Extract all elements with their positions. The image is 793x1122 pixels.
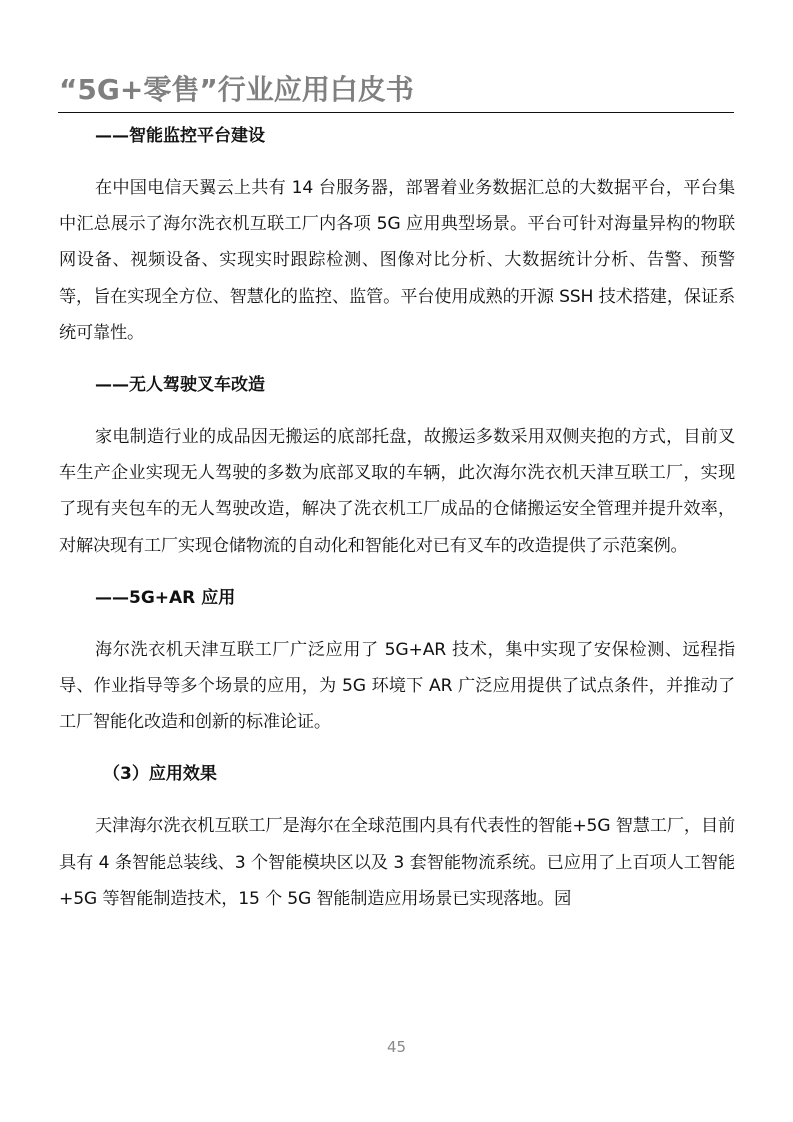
section-heading: ——无人驾驶叉车改造	[59, 367, 735, 403]
section-heading: （3）应用效果	[59, 756, 735, 792]
section-paragraph: 家电制造行业的成品因无搬运的底部托盘，故搬运多数采用双侧夹抱的方式，目前叉车生产…	[59, 419, 735, 564]
section-paragraph: 海尔洗衣机天津互联工厂广泛应用了 5G+AR 技术，集中实现了安保检测、远程指导…	[59, 632, 735, 741]
page-body: ——智能监控平台建设 在中国电信天翼云上共有 14 台服务器，部署着业务数据汇总…	[59, 118, 735, 917]
page-number: 45	[0, 1038, 793, 1056]
section-driverless-forklift: ——无人驾驶叉车改造 家电制造行业的成品因无搬运的底部托盘，故搬运多数采用双侧夹…	[59, 367, 735, 564]
section-application-results: （3）应用效果 天津海尔洗衣机互联工厂是海尔在全球范围内具有代表性的智能+5G …	[59, 756, 735, 917]
section-heading: ——5G+AR 应用	[59, 580, 735, 616]
section-heading: ——智能监控平台建设	[59, 118, 735, 154]
document-header-title: “5G+零售”行业应用白皮书	[59, 72, 414, 108]
header-divider	[58, 112, 734, 113]
section-5g-ar: ——5G+AR 应用 海尔洗衣机天津互联工厂广泛应用了 5G+AR 技术，集中实…	[59, 580, 735, 741]
section-paragraph: 天津海尔洗衣机互联工厂是海尔在全球范围内具有代表性的智能+5G 智慧工厂，目前具…	[59, 808, 735, 917]
section-smart-monitoring-platform: ——智能监控平台建设 在中国电信天翼云上共有 14 台服务器，部署着业务数据汇总…	[59, 118, 735, 351]
section-paragraph: 在中国电信天翼云上共有 14 台服务器，部署着业务数据汇总的大数据平台，平台集中…	[59, 170, 735, 351]
